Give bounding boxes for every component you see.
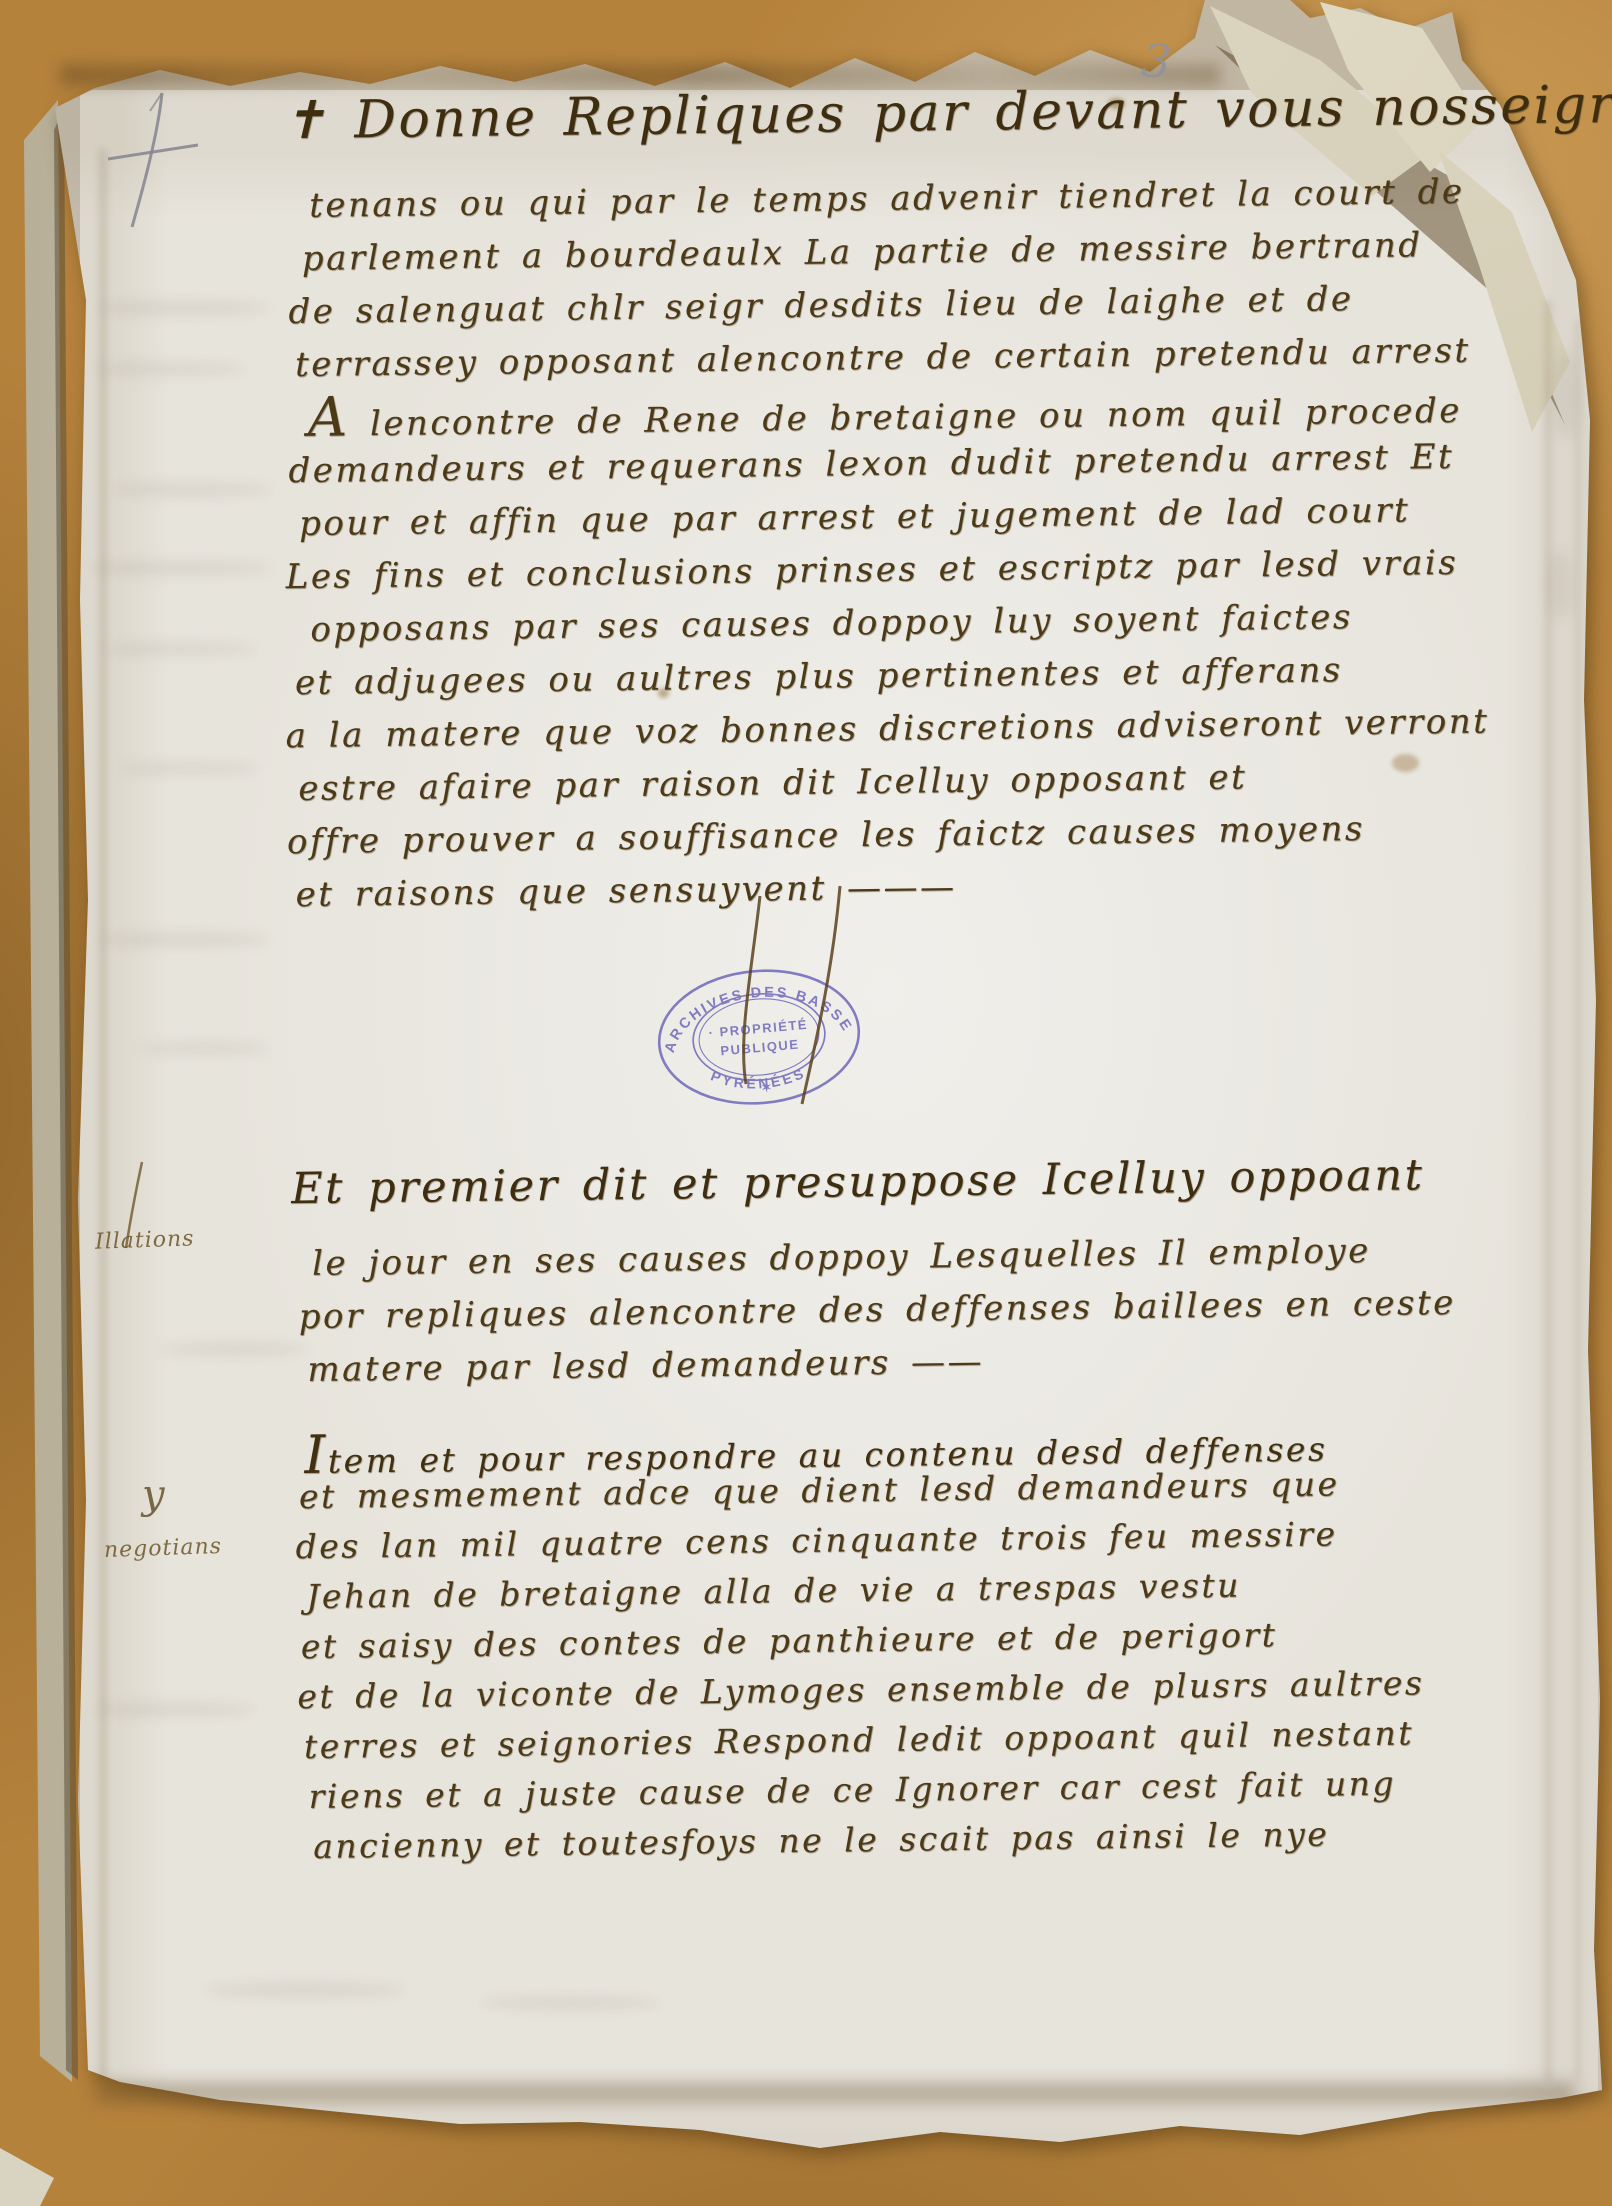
paper-bottom-edge-shade bbox=[95, 2082, 1575, 2104]
show-through-smudge bbox=[100, 300, 270, 316]
show-through-smudge bbox=[140, 1042, 270, 1055]
margin-note-mark: y bbox=[142, 1472, 165, 1518]
show-through-smudge bbox=[100, 932, 270, 947]
stamp-gap bbox=[288, 908, 1601, 1152]
paragraph-1: ✝ Donne Repliques par devant vous nossei… bbox=[278, 62, 1592, 394]
show-through-smudge bbox=[160, 1342, 310, 1356]
text-line: Et premier dit et presuppose Icelluy opp… bbox=[291, 1136, 1602, 1240]
paper-crease bbox=[100, 150, 106, 2080]
paragraph-4: Item et pour respondre au contenu desd d… bbox=[294, 1407, 1609, 1873]
ink-flourish-strokes bbox=[690, 878, 890, 1118]
show-through-smudge bbox=[112, 482, 272, 497]
show-through-smudge bbox=[480, 1996, 660, 2010]
show-through-smudge bbox=[92, 560, 272, 576]
show-through-smudge bbox=[95, 1702, 255, 1717]
paragraph-2: A lencontre de Rene de bretaigne ou nom … bbox=[281, 378, 1597, 924]
show-through-smudge bbox=[95, 362, 245, 376]
margin-note: Illations bbox=[95, 1226, 195, 1254]
pencil-cross-mark bbox=[100, 85, 230, 235]
manuscript-text: ✝ Donne Repliques par devant vous nossei… bbox=[278, 62, 1610, 1873]
show-through-smudge bbox=[120, 762, 260, 775]
paragraph-3: Et premier dit et presuppose Icelluy opp… bbox=[291, 1136, 1604, 1399]
show-through-smudge bbox=[205, 1982, 405, 1998]
margin-note: negotians bbox=[104, 1534, 223, 1563]
photo-background: 3 ✝ Donne Repliques par devant vous noss… bbox=[0, 0, 1612, 2206]
show-through-smudge bbox=[106, 642, 256, 656]
text-line: ✝ Donne Repliques par devant vous nossei… bbox=[282, 62, 1589, 182]
